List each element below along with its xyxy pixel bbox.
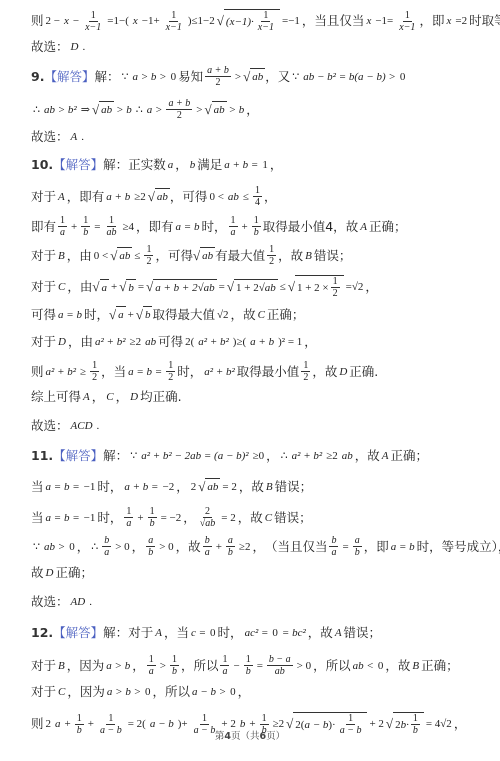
q11-line-4: ∵ab > 0， ∴ba> 0， ab> 0， 故 ba+ab≥2， （当且仅当… bbox=[31, 535, 500, 558]
text-wrong: 错误； bbox=[344, 625, 382, 641]
current-page-number: 4 bbox=[224, 731, 231, 742]
text-for: 对于 bbox=[31, 248, 56, 264]
q10-choice-line: 故选： ACD. bbox=[31, 418, 101, 434]
q10-line-8: 则 a² + b²≥ 12， 当 a = b = 12 时， a² + b² 取… bbox=[31, 360, 378, 383]
text-have: 即有 bbox=[79, 189, 104, 205]
text-satisfy: 满足 bbox=[197, 157, 222, 173]
text-min-val: 取得最小值 bbox=[237, 364, 300, 380]
text-all-correct: 均正确. bbox=[140, 389, 181, 405]
text-so: 所以 bbox=[193, 658, 218, 674]
answer-tag: 【解答】 bbox=[44, 69, 94, 85]
text-min-val: 取得最小值 bbox=[263, 219, 326, 235]
text-comma: ， bbox=[302, 13, 315, 29]
text-so: 所以 bbox=[326, 658, 351, 674]
text-max-val: 取得最大值 bbox=[152, 307, 215, 323]
text-solution: 解： bbox=[103, 625, 128, 641]
text-comma: ， bbox=[246, 102, 259, 118]
answer-tag: 【解答】 bbox=[53, 625, 103, 641]
text-correct: 正确； bbox=[267, 307, 305, 323]
text-comma: ， bbox=[270, 157, 283, 173]
text-get: 可得 bbox=[158, 334, 183, 350]
prev-solution-equation: 则 2 − x− 1x−1 =1−(x−1+ 1x−1)≤1−2 √(x−1)·… bbox=[31, 9, 500, 33]
q10-line-4: 对于B， 由 0 < √ab≤ 12， 可得 √ab 有最大值 12， 故B 错… bbox=[31, 244, 351, 267]
text-dang: 当 bbox=[31, 510, 44, 526]
text-comma: ， bbox=[265, 69, 278, 85]
text-equal-cond: 当且仅当 bbox=[314, 13, 364, 29]
text-correct: 正确； bbox=[369, 219, 407, 235]
text-choose: 故选： bbox=[31, 39, 69, 55]
q10-line-2: 对于A， 即有 a + b≥2√ab ，可得 0 < ab≤ 14， bbox=[31, 185, 276, 208]
text-gu: 故 bbox=[325, 364, 338, 380]
text-dang: 当 bbox=[114, 364, 127, 380]
choice-value: ACD bbox=[71, 418, 93, 434]
q12-line-1: 12. 【解答】 解： 对于A， 当 c = 0 时， ac² = 0= bc²… bbox=[31, 625, 381, 641]
text-dang: 当 bbox=[176, 625, 189, 641]
text-because: 因为 bbox=[79, 658, 104, 674]
q11-choice-line: 故选： AD. bbox=[31, 594, 94, 610]
q9-choice-line: 故选： A. bbox=[31, 129, 86, 145]
answer-tag: 【解答】 bbox=[53, 157, 103, 173]
answer-tag: 【解答】 bbox=[53, 448, 103, 464]
text-for: 对于 bbox=[31, 658, 56, 674]
text-you: 由 bbox=[80, 279, 93, 295]
text-gu: 故 bbox=[250, 510, 263, 526]
q9-line-2: ∴ab > b²⇒ √ab> b ∴a > a + b2 >√ab> b ， bbox=[31, 98, 259, 121]
text-choose: 故选： bbox=[31, 594, 69, 610]
text-gu: 故 bbox=[243, 307, 256, 323]
text-solution: 解： bbox=[103, 448, 128, 464]
q11-line-2: 当 a = b = −1 时， a + b = −2， 2√ab= 2， 故B … bbox=[31, 478, 312, 495]
text-solution: 解： bbox=[94, 69, 119, 85]
text-comma: ， bbox=[419, 13, 432, 29]
footer-prefix: 第 bbox=[215, 731, 225, 742]
text-so: 所以 bbox=[165, 684, 190, 700]
text-gu: 故 bbox=[31, 565, 44, 581]
text-also: 又 bbox=[278, 69, 291, 85]
text-gu: 故 bbox=[320, 625, 333, 641]
prev-choice-line: 故选： D. bbox=[31, 39, 87, 55]
text-then: 则 bbox=[31, 13, 44, 29]
text-get: 可得 bbox=[31, 307, 56, 323]
text-have: 即有 bbox=[31, 219, 56, 235]
text-when: 时 bbox=[201, 219, 214, 235]
document-page: 则 2 − x− 1x−1 =1−(x−1+ 1x−1)≤1−2 √(x−1)·… bbox=[0, 0, 500, 761]
text-for: 对于 bbox=[128, 625, 153, 641]
text-when: 时 bbox=[84, 307, 97, 323]
text-ie: 即 bbox=[376, 539, 389, 555]
text-ie: 即 bbox=[432, 13, 445, 29]
text-for: 对于 bbox=[31, 279, 56, 295]
text-choose: 故选： bbox=[31, 129, 69, 145]
text-when: 时 bbox=[177, 364, 190, 380]
question-number: 11. bbox=[31, 448, 53, 464]
footer-suffix: 页） bbox=[266, 731, 285, 742]
text-has-max: 有最大值 bbox=[215, 248, 265, 264]
question-number: 9. bbox=[31, 69, 44, 85]
text-correct: 正确； bbox=[55, 565, 93, 581]
text-wrong: 错误； bbox=[314, 248, 352, 264]
text-when: 时 bbox=[97, 479, 110, 495]
text-get: 可得 bbox=[168, 248, 193, 264]
text-correct: 正确； bbox=[421, 658, 459, 674]
q12-line-3: 对于C， 因为 a > b > 0， 所以 a − b > 0， bbox=[31, 684, 250, 700]
text-you: 由 bbox=[79, 248, 92, 264]
q12-line-2: 对于B， 因为 a > b， 1a> 1b， 所以 1a− 1b= b − aa… bbox=[31, 654, 459, 677]
question-number: 12. bbox=[31, 625, 53, 641]
q11-line-3: 当 a = b = −1 时， 1a+ 1b= −2， 2√ab= 2， 故C … bbox=[31, 506, 312, 529]
text-gu: 故 bbox=[367, 448, 380, 464]
text-wrong: 错误； bbox=[275, 479, 313, 495]
q10-line-9: 综上可得 A，C，D 均正确. bbox=[31, 389, 182, 405]
text-pos-real: 正实数 bbox=[128, 157, 166, 173]
choice-value: AD bbox=[71, 594, 86, 610]
q10-line-6: 可得 a = b时， √a+√b 取得最大值 √2， 故C 正确； bbox=[31, 306, 304, 323]
text-summary: 综上可得 bbox=[31, 389, 81, 405]
text-gu: 故 bbox=[291, 248, 304, 264]
text-take-equal: 时取等号. bbox=[469, 13, 500, 29]
text-eq-hold: （当且仅当 bbox=[265, 539, 328, 555]
text-you: 由 bbox=[80, 334, 93, 350]
text-eq-hold-end: 时，等号成立）， bbox=[417, 539, 500, 555]
choice-value: D bbox=[71, 39, 79, 55]
q10-line-3: 即有 1a+ 1b= 1ab≥4 ，即有 a = b时， 1a+ 1b 取得最小… bbox=[31, 215, 406, 238]
text-gu: 故 bbox=[188, 539, 201, 555]
text-gu: 故 bbox=[398, 658, 411, 674]
page-footer: 第4页（共6页） bbox=[0, 728, 500, 742]
text-for: 对于 bbox=[31, 334, 56, 350]
text-gu: 故 bbox=[346, 219, 359, 235]
text-choose: 故选： bbox=[31, 418, 69, 434]
text-get: 可得 bbox=[182, 189, 207, 205]
text-solution: 解： bbox=[103, 157, 128, 173]
text-then: 则 bbox=[31, 364, 44, 380]
text-because: 因为 bbox=[80, 684, 105, 700]
text-when: 时 bbox=[97, 510, 110, 526]
q10-line-7: 对于D， 由 a² + b²≥2ab 可得 2(a² + b²)≥(a + b)… bbox=[31, 334, 317, 350]
question-number: 10. bbox=[31, 157, 53, 173]
footer-mid: 页（共 bbox=[231, 731, 260, 742]
q10-line-1: 10. 【解答】 解： 正实数 a，b 满足 a + b = 1 ， bbox=[31, 157, 282, 173]
text-for: 对于 bbox=[31, 684, 56, 700]
q11-line-1: 11. 【解答】 解： ∵a² + b² − 2ab = (a − b)²≥0，… bbox=[31, 448, 428, 464]
text-gu: 故 bbox=[251, 479, 264, 495]
text-correct: 正确； bbox=[391, 448, 429, 464]
q9-line-1: 9. 【解答】 解： ∵a > b > 0 易知 a + b2 >√ab ， 又… bbox=[31, 65, 407, 88]
text-for: 对于 bbox=[31, 189, 56, 205]
text-have: 即有 bbox=[149, 219, 174, 235]
q10-line-5: 对于C， 由 √a+√b= √a + b + 2√ab= √1 + 2√ab≤ … bbox=[31, 275, 378, 299]
text-easy-know: 易知 bbox=[178, 69, 203, 85]
choice-value: A bbox=[71, 129, 78, 145]
text-correct: 正确. bbox=[349, 364, 378, 380]
text-when: 时 bbox=[218, 625, 231, 641]
text-dang: 当 bbox=[31, 479, 44, 495]
text-wrong: 错误； bbox=[274, 510, 312, 526]
q11-line-5: 故D 正确； bbox=[31, 565, 93, 581]
